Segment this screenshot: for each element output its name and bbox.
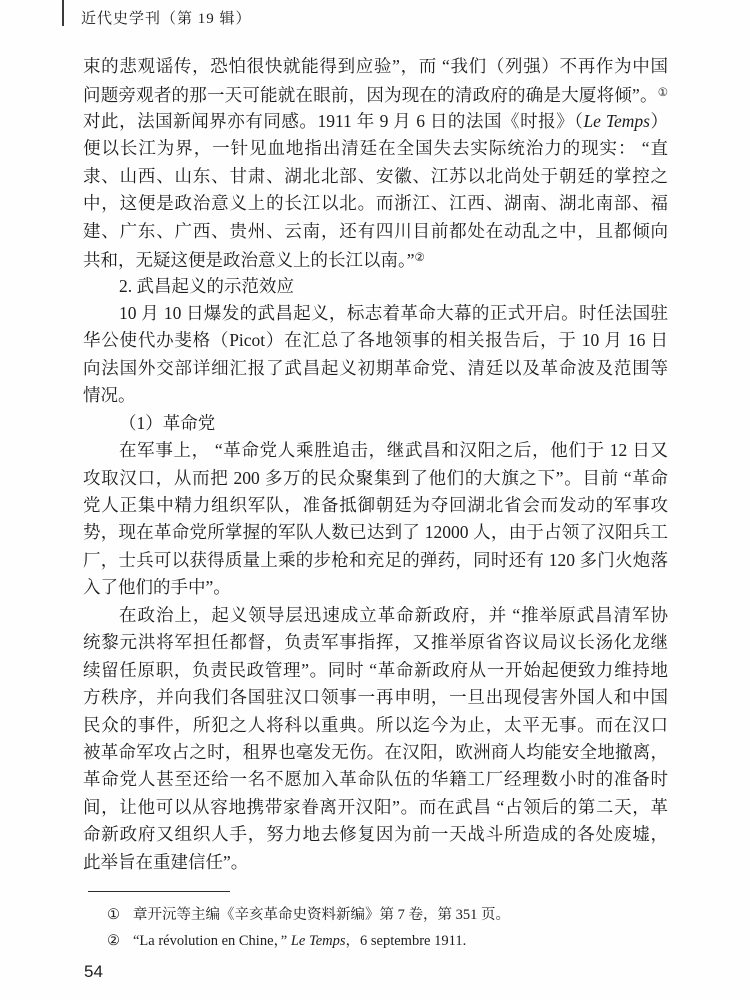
text-segment: 便以长江为界，一针见血地指出清廷在全国失去实际统治力的现实： “直 [83,138,668,158]
text-segment: 此举旨在重建信任”。 [83,852,248,872]
text-line: 对此，法国新闻界亦有同感。1911 年 9 月 6 日的法国《时报》（Le Te… [83,108,668,135]
text-line: 便以长江为界，一针见血地指出清廷在全国失去实际统治力的现实： “直 [83,135,668,162]
text-line: 此举旨在重建信任”。 [83,849,668,876]
text-line: 隶、山西、山东、甘肃、湖北北部、安徽、江苏以北尚处于朝廷的掌控之 [83,163,668,190]
text-segment: 束的悲观谣传，恐怕很快就能得到应验”，而 “我们（列强）不再作为中国 [83,56,668,76]
text-line: 方秩序，并向我们各国驻汉口领事一再申明，一旦出现侵害外国人和中国 [83,684,668,711]
text-line: 民众的事件，所犯之人将科以重典。所以迄今为止，太平无事。而在汉口 [83,712,668,739]
text-line: 情况。 [83,382,668,409]
text-line: 束的悲观谣传，恐怕很快就能得到应验”，而 “我们（列强）不再作为中国 [83,53,668,80]
text-segment: （1）革命党 [119,413,215,433]
text-line: 共和，无疑这便是政治意义上的长江以南。”② [83,245,668,272]
footnotes: ①章开沅等主编《辛亥革命史资料新编》第 7 卷，第 351 页。②“La rév… [107,903,655,954]
subsection-heading: （1）革命党 [83,410,668,437]
text-segment: 革命党人甚至还给一名不愿加入革命队伍的华籍工厂经理数小时的准备时 [83,769,668,789]
footnote-ref: ② [415,252,425,264]
text-segment: Le Temps [291,933,346,949]
text-segment: 被革命军攻占之时，租界也毫发无伤。在汉阳，欧洲商人均能安全地撤离， [83,742,668,762]
text-segment: ，6 septembre 1911. [346,933,467,949]
text-line: 厂，士兵可以获得质量上乘的步枪和充足的弹药，同时还有 120 多门火炮落 [83,547,668,574]
text-segment: 对此，法国新闻界亦有同感。1911 年 9 月 6 日的法国《时报》（ [83,111,583,131]
running-header-title: 近代史学刊（第 19 辑） [81,7,252,28]
page-number: 54 [84,962,103,982]
text-line: 命新政府又组织人手，努力地去修复因为前一天战斗所造成的各处废墟， [83,821,668,848]
text-line: 华公使代办斐格（Picot）在汇总了各地领事的相关报告后，于 10 月 16 日 [83,327,668,354]
text-segment: 续留任原职，负责民政管理”。同时 “革命新政府从一开始起便致力维持地 [83,660,668,680]
text-segment: 问题旁观者的那一天可能就在眼前，因为现在的清政府的确是大厦将倾”。 [83,85,658,105]
text-line: 向法国外交部详细汇报了武昌起义初期革命党、清廷以及革命波及范围等 [83,355,668,382]
text-segment: 建、广东、广西、贵州、云南，还有四川目前都处在动乱之中，且都倾向 [83,221,668,241]
text-line: 在军事上， “革命党人乘胜追击，继武昌和汉阳之后，他们于 12 日又 [83,437,668,464]
text-segment: 厂，士兵可以获得质量上乘的步枪和充足的弹药，同时还有 120 多门火炮落 [83,550,668,570]
text-segment: 向法国外交部详细汇报了武昌起义初期革命党、清廷以及革命波及范围等 [83,358,668,378]
text-segment: 势，现在革命党所掌握的军队人数已达到了 12000 人，由于占领了汉阳兵工 [83,522,668,542]
footnote-ref: ① [658,87,668,99]
section-heading: 2. 武昌起义的示范效应 [83,273,668,300]
text-line: 续留任原职，负责民政管理”。同时 “革命新政府从一开始起便致力维持地 [83,657,668,684]
text-segment: 间，让他可以从容地携带家眷离开汉阳”。而在武昌 “占领后的第二天，革 [83,797,668,817]
text-segment: 党人正集中精力组织军队，准备抵御朝廷为夺回湖北省会而发动的军事攻 [83,495,668,515]
text-line: 革命党人甚至还给一名不愿加入革命队伍的华籍工厂经理数小时的准备时 [83,766,668,793]
text-segment: 在政治上，起义领导层迅速成立革命新政府，并 “推举原武昌清军协 [119,605,668,625]
text-line: 攻取汉口，从而把 200 多万的民众聚集到了他们的大旗之下”。目前 “革命 [83,465,668,492]
text-segment: 10 月 10 日爆发的武昌起义，标志着革命大幕的正式开启。时任法国驻 [119,303,668,323]
text-line: 入了他们的手中”。 [83,574,668,601]
text-segment: 共和，无疑这便是政治意义上的长江以南。” [83,250,415,270]
text-segment: 章开沅等主编《辛亥革命史资料新编》第 7 卷，第 351 页。 [133,907,510,923]
text-segment: Le Temps [583,111,650,131]
text-segment: 命新政府又组织人手，努力地去修复因为前一天战斗所造成的各处废墟， [83,824,668,844]
text-segment: 2. 武昌起义的示范效应 [119,276,294,296]
text-segment: 民众的事件，所犯之人将科以重典。所以迄今为止，太平无事。而在汉口 [83,715,668,735]
text-line: 统黎元洪将军担任都督，负责军事指挥，又推举原省咨议局议长汤化龙继 [83,629,668,656]
footnote-marker: ① [107,907,120,923]
text-segment: 华公使代办斐格（Picot）在汇总了各地领事的相关报告后，于 10 月 16 日 [83,330,668,350]
text-line: 10 月 10 日爆发的武昌起义，标志着革命大幕的正式开启。时任法国驻 [83,300,668,327]
text-segment: 攻取汉口，从而把 200 多万的民众聚集到了他们的大旗之下”。目前 “革命 [83,468,668,488]
header-rule [62,0,64,26]
book-page: 近代史学刊（第 19 辑） 束的悲观谣传，恐怕很快就能得到应验”，而 “我们（列… [0,0,750,1000]
text-line: 问题旁观者的那一天可能就在眼前，因为现在的清政府的确是大厦将倾”。① [83,80,668,107]
text-segment: “La révolution en Chine，” [133,933,291,949]
footnote-separator [88,891,230,892]
text-line: 被革命军攻占之时，租界也毫发无伤。在汉阳，欧洲商人均能安全地撤离， [83,739,668,766]
text-line: 中，这便是政治意义上的长江以北。而浙江、江西、湖南、湖北南部、福 [83,190,668,217]
text-line: 势，现在革命党所掌握的军队人数已达到了 12000 人，由于占领了汉阳兵工 [83,519,668,546]
text-line: 建、广东、广西、贵州、云南，还有四川目前都处在动乱之中，且都倾向 [83,218,668,245]
footnote-marker: ② [107,933,120,949]
text-line: 间，让他可以从容地携带家眷离开汉阳”。而在武昌 “占领后的第二天，革 [83,794,668,821]
footnote: ②“La révolution en Chine，” Le Temps，6 se… [107,929,655,955]
footnote: ①章开沅等主编《辛亥革命史资料新编》第 7 卷，第 351 页。 [107,903,655,929]
text-line: 在政治上，起义领导层迅速成立革命新政府，并 “推举原武昌清军协 [83,602,668,629]
text-segment: 在军事上， “革命党人乘胜追击，继武昌和汉阳之后，他们于 12 日又 [119,440,668,460]
text-segment: ） [650,111,668,131]
text-segment: 中，这便是政治意义上的长江以北。而浙江、江西、湖南、湖北南部、福 [83,193,668,213]
text-segment: 统黎元洪将军担任都督，负责军事指挥，又推举原省咨议局议长汤化龙继 [83,632,668,652]
text-segment: 隶、山西、山东、甘肃、湖北北部、安徽、江苏以北尚处于朝廷的掌控之 [83,166,668,186]
body-text: 束的悲观谣传，恐怕很快就能得到应验”，而 “我们（列强）不再作为中国问题旁观者的… [83,53,668,876]
text-segment: 入了他们的手中”。 [83,577,231,597]
text-segment: 情况。 [83,385,136,405]
text-line: 党人正集中精力组织军队，准备抵御朝廷为夺回湖北省会而发动的军事攻 [83,492,668,519]
text-segment: 方秩序，并向我们各国驻汉口领事一再申明，一旦出现侵害外国人和中国 [83,687,668,707]
